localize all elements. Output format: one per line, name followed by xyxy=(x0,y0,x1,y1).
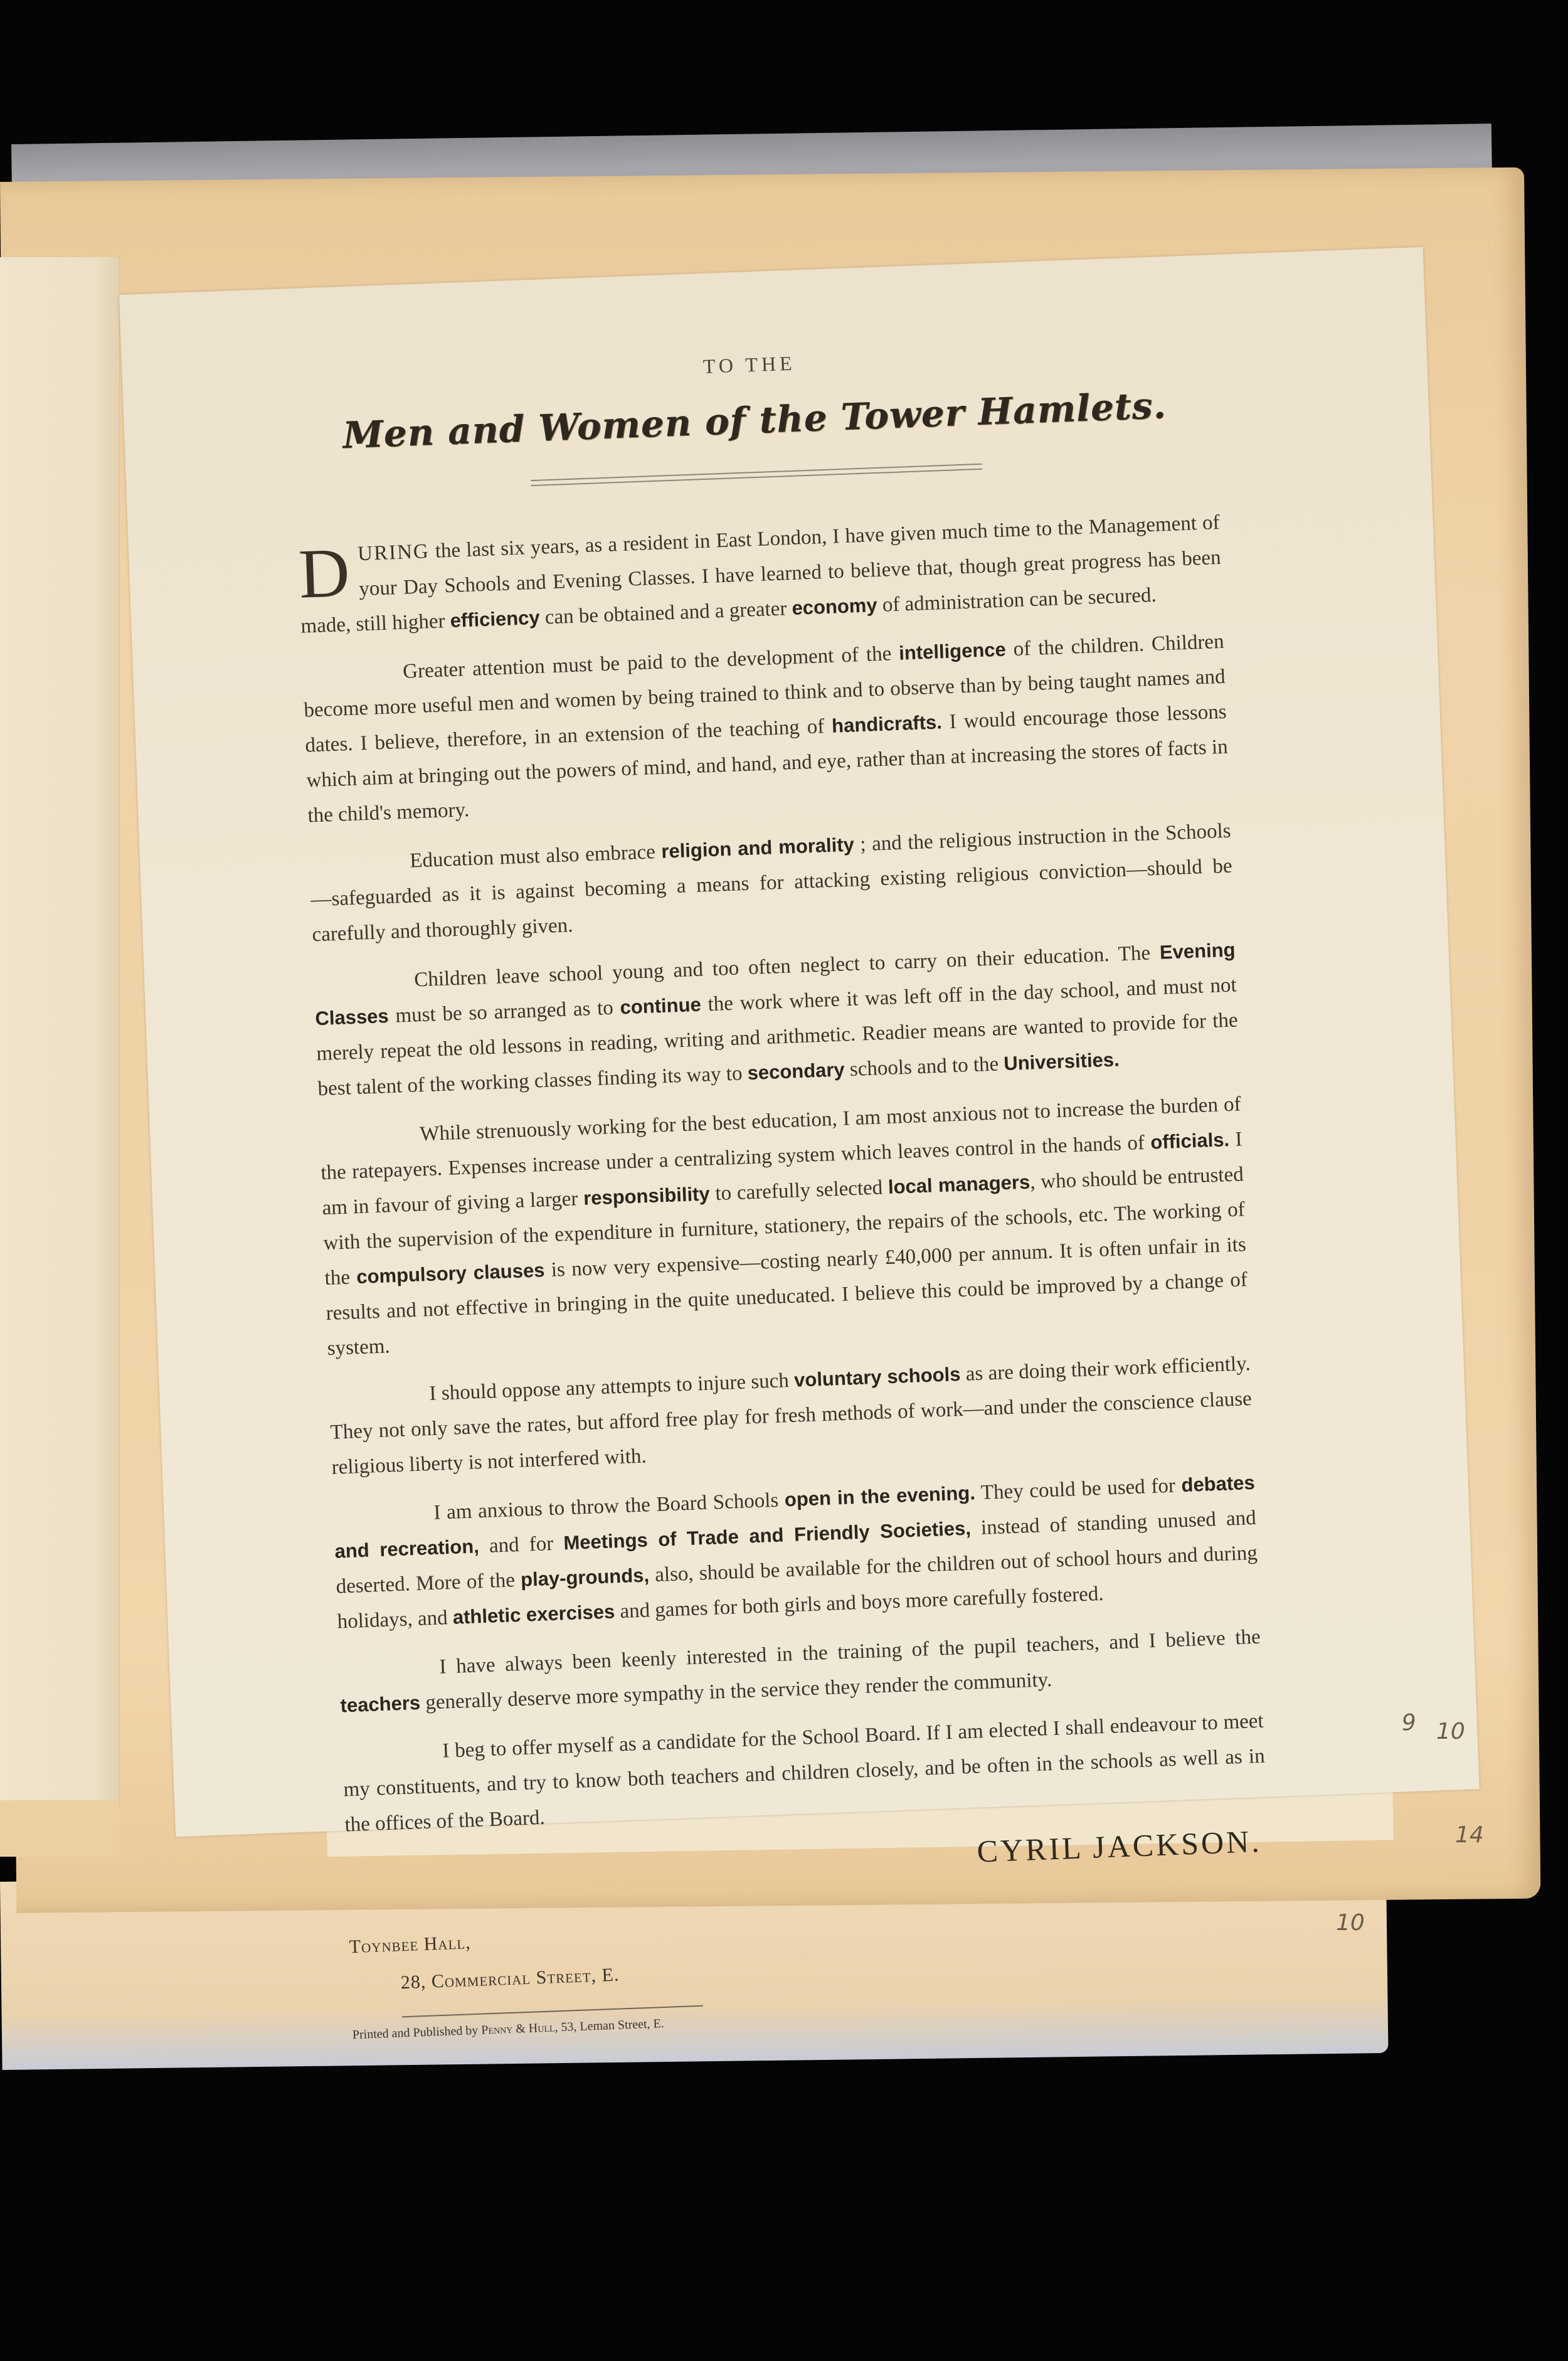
drop-cap: D xyxy=(298,542,351,605)
body-text: must be so arranged as to xyxy=(388,997,620,1028)
printer-name: Penny & Hull xyxy=(481,2020,555,2037)
paragraph: Children leave school young and too ofte… xyxy=(313,933,1239,1107)
emphasis-text: responsibility xyxy=(583,1182,711,1209)
emphasis-text: intelligence xyxy=(899,639,1007,664)
body-text: I beg to offer myself as a candidate for… xyxy=(343,1710,1265,1837)
body-text: I have always been keenly interested in … xyxy=(439,1626,1261,1679)
body-text: is now very expensive—costing nearly £40… xyxy=(326,1233,1248,1360)
body-text: Greater attention must be paid to the de… xyxy=(403,642,899,683)
election-address-sheet: TO THE Men and Women of the Tower Hamlet… xyxy=(119,247,1480,1837)
paragraph: While strenuously working for the best e… xyxy=(319,1086,1249,1366)
body-text: They could be used for xyxy=(975,1474,1182,1504)
body-text: to carefully selected xyxy=(709,1176,889,1205)
body-text: of administration can be secured. xyxy=(877,584,1157,617)
emphasis-text: Meetings of Trade and Friendly Societies… xyxy=(563,1517,972,1554)
handwritten-number-back-page: 10 xyxy=(1336,1910,1365,1936)
paragraph: DURING the last six years, as a resident… xyxy=(297,505,1222,644)
emphasis-text: secondary xyxy=(747,1058,845,1084)
left-leaf-margin xyxy=(0,1800,119,1857)
emphasis-text: officials. xyxy=(1150,1128,1230,1154)
body-text: can be obtained and a greater xyxy=(539,597,792,629)
body-text: I should oppose any attempts to injure s… xyxy=(429,1369,795,1405)
emphasis-text: religion and morality xyxy=(661,834,855,862)
page-title: Men and Women of the Tower Hamlets. xyxy=(293,382,1216,459)
emphasis-text: play-grounds, xyxy=(521,1564,650,1590)
handwritten-number-album: 14 xyxy=(1455,1822,1484,1848)
sheet-content: TO THE Men and Women of the Tower Hamlet… xyxy=(292,336,1274,2042)
letter-body: DURING the last six years, as a resident… xyxy=(297,505,1266,1842)
printer-rule xyxy=(402,2005,703,2018)
body-text: and games for both girls and boys more c… xyxy=(615,1583,1104,1623)
heading-small: TO THE xyxy=(285,336,1214,393)
left-leaf xyxy=(0,257,120,1807)
paragraph: Education must also embrace religion and… xyxy=(309,814,1234,953)
emphasis-text: efficiency xyxy=(450,607,540,632)
body-text: schools and to the xyxy=(844,1053,1004,1081)
body-text: Education must also embrace xyxy=(410,841,662,873)
emphasis-text: economy xyxy=(792,594,877,619)
emphasis-text: Universities. xyxy=(1004,1048,1120,1074)
paragraph: I have always been keenly interested in … xyxy=(339,1620,1263,1724)
paragraph: I should oppose any attempts to injure s… xyxy=(329,1346,1254,1485)
double-rule-divider xyxy=(531,464,982,486)
body-text: I am anxious to throw the Board Schools xyxy=(433,1488,785,1524)
emphasis-text: open in the evening. xyxy=(784,1482,975,1510)
paragraph: I am anxious to throw the Board Schools … xyxy=(333,1465,1259,1640)
paragraph: I beg to offer myself as a candidate for… xyxy=(342,1704,1267,1843)
body-text: URING xyxy=(358,540,430,565)
emphasis-text: local managers xyxy=(887,1171,1030,1198)
emphasis-text: compulsory clauses xyxy=(356,1259,545,1288)
emphasis-text: handicrafts. xyxy=(832,711,943,736)
paragraph: Greater attention must be paid to the de… xyxy=(302,624,1229,834)
emphasis-text: athletic exercises xyxy=(452,1600,615,1628)
address-block: Toynbee Hall, 28, Commercial Street, E. xyxy=(349,1902,1272,1995)
emphasis-text: voluntary schools xyxy=(794,1363,961,1391)
emphasis-text: teachers xyxy=(340,1692,421,1717)
body-text: and for xyxy=(479,1532,564,1557)
emphasis-text: continue xyxy=(620,994,701,1019)
handwritten-number-sheet: 9 xyxy=(1401,1710,1416,1736)
handwritten-number-under: 10 xyxy=(1436,1719,1465,1744)
